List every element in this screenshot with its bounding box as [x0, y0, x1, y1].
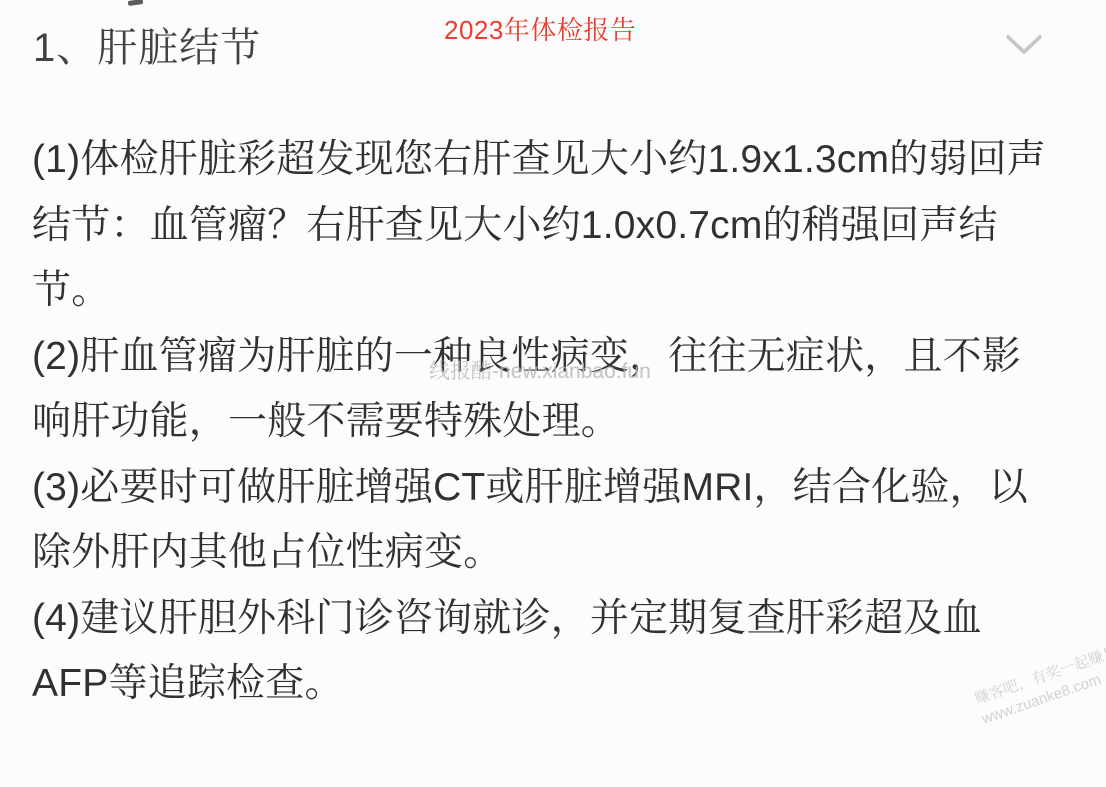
body-line-2: 结节：血管瘤？右肝查见大小约1.0x0.7cm的稍强回声结 — [32, 193, 1052, 259]
body-line-5: 响肝功能，一般不需要特殊处理。 — [32, 389, 1052, 455]
report-page: 2023年体检报告 1、肝脏结节 (1)体检肝脏彩超发现您右肝查见大小约1.9x… — [0, 0, 1106, 787]
clipped-text-remnant — [128, 0, 144, 6]
body-line-7: 除外肝内其他占位性病变。 — [32, 520, 1052, 586]
report-title: 2023年体检报告 — [444, 14, 636, 46]
body-line-1: (1)体检肝脏彩超发现您右肝查见大小约1.9x1.3cm的弱回声 — [32, 127, 1052, 193]
section-heading: 1、肝脏结节 — [33, 26, 261, 70]
body-line-6: (3)必要时可做肝脏增强CT或肝脏增强MRI，结合化验，以 — [32, 455, 1052, 521]
body-line-3: 节。 — [32, 258, 1052, 324]
center-watermark: 线报酷-new.xianbao.fun — [429, 360, 651, 384]
body-line-8: (4)建议肝胆外科门诊咨询就诊，并定期复查肝彩超及血 — [32, 586, 1052, 652]
body-line-9: AFP等追踪检查。 — [32, 651, 1052, 717]
chevron-down-icon — [1005, 33, 1043, 60]
report-body: (1)体检肝脏彩超发现您右肝查见大小约1.9x1.3cm的弱回声 结节：血管瘤？… — [32, 127, 1052, 717]
collapse-section-button[interactable] — [1000, 28, 1048, 64]
